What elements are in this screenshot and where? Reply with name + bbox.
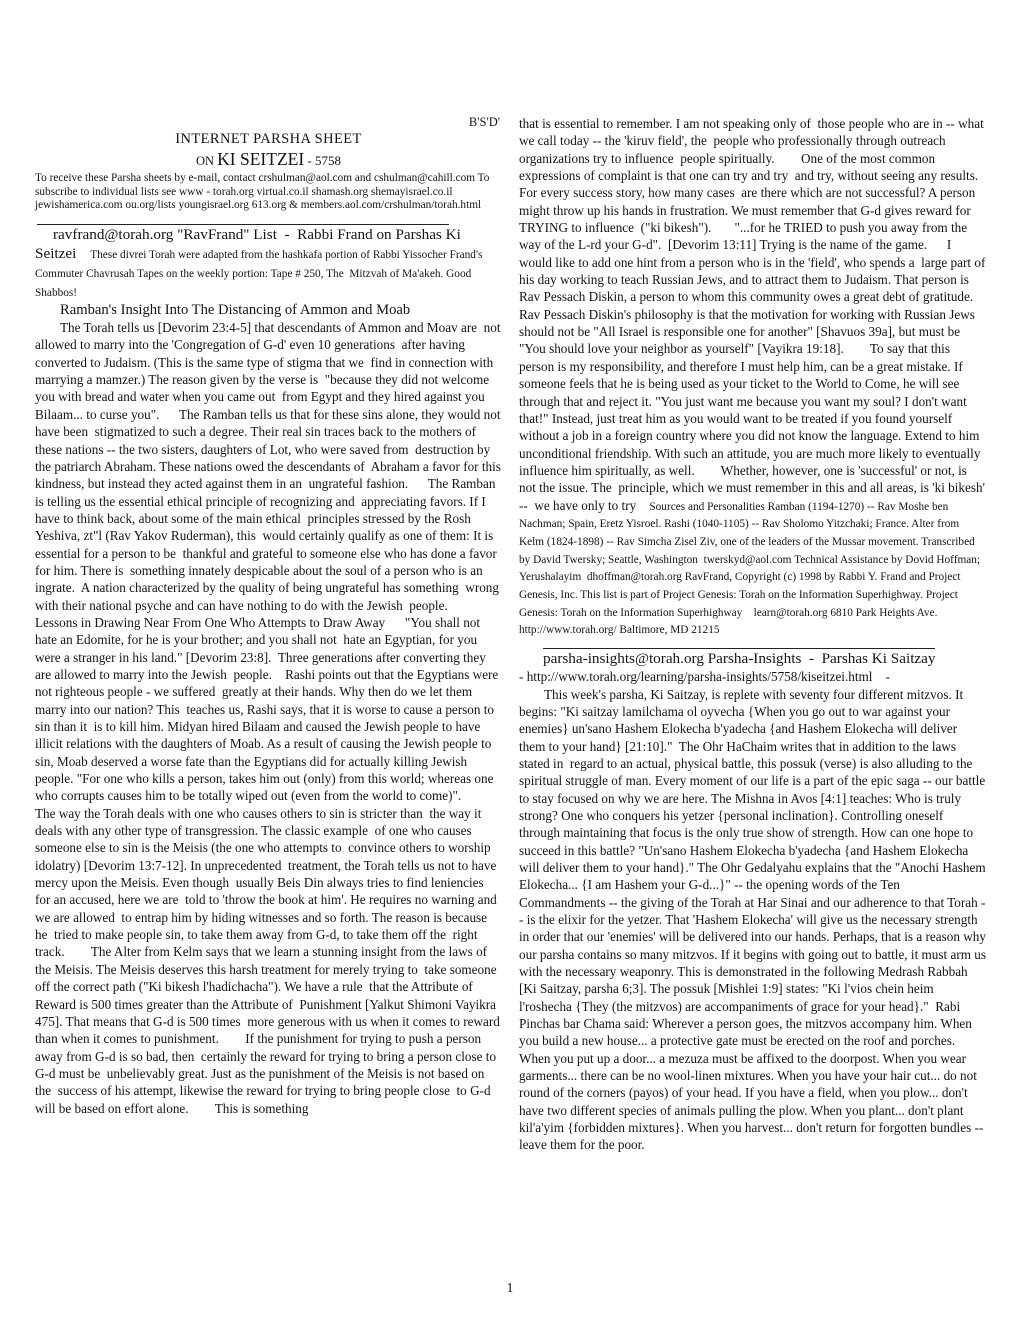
masthead-year: - 5758 <box>304 153 341 168</box>
sources-personalities-note: Sources and Personalities Ramban (1194-1… <box>519 501 982 637</box>
ravfrand-heading-note: These divrei Torah were adapted from the… <box>35 249 485 299</box>
ravfrand-article-body: The Torah tells us [Devorim 23:4-5] that… <box>35 319 502 1117</box>
page-number: 1 <box>0 1280 1020 1296</box>
left-column: B'S'D' INTERNET PARSHA SHEET ON KI SEITZ… <box>35 115 502 1117</box>
parsha-insights-body: This week's parsha, Ki Saitzay, is reple… <box>519 686 986 1154</box>
ravfrand-list-heading: ravfrand@torah.org "RavFrand" List - Rab… <box>35 225 502 301</box>
right-column: that is essential to remember. I am not … <box>519 115 986 1154</box>
masthead-on: ON <box>196 154 217 168</box>
parsha-sheet-page: B'S'D' INTERNET PARSHA SHEET ON KI SEITZ… <box>0 0 1020 1320</box>
masthead-title: INTERNET PARSHA SHEET <box>35 130 502 148</box>
bsd-label: B'S'D' <box>35 115 502 130</box>
parsha-insights-heading: parsha-insights@torah.org Parsha-Insight… <box>519 649 986 668</box>
ravfrand-subheading: Ramban's Insight Into The Distancing of … <box>35 301 502 319</box>
subscribe-note: To receive these Parsha sheets by e-mail… <box>35 172 502 213</box>
ravfrand-article-continuation: that is essential to remember. I am not … <box>519 115 986 638</box>
parsha-insights-url: - http://www.torah.org/learning/parsha-i… <box>519 668 986 685</box>
masthead-subtitle: ON KI SEITZEI - 5758 <box>35 148 502 172</box>
masthead-parsha-name: KI SEITZEI <box>217 149 304 169</box>
ravfrand-continuation-text: that is essential to remember. I am not … <box>519 116 989 513</box>
